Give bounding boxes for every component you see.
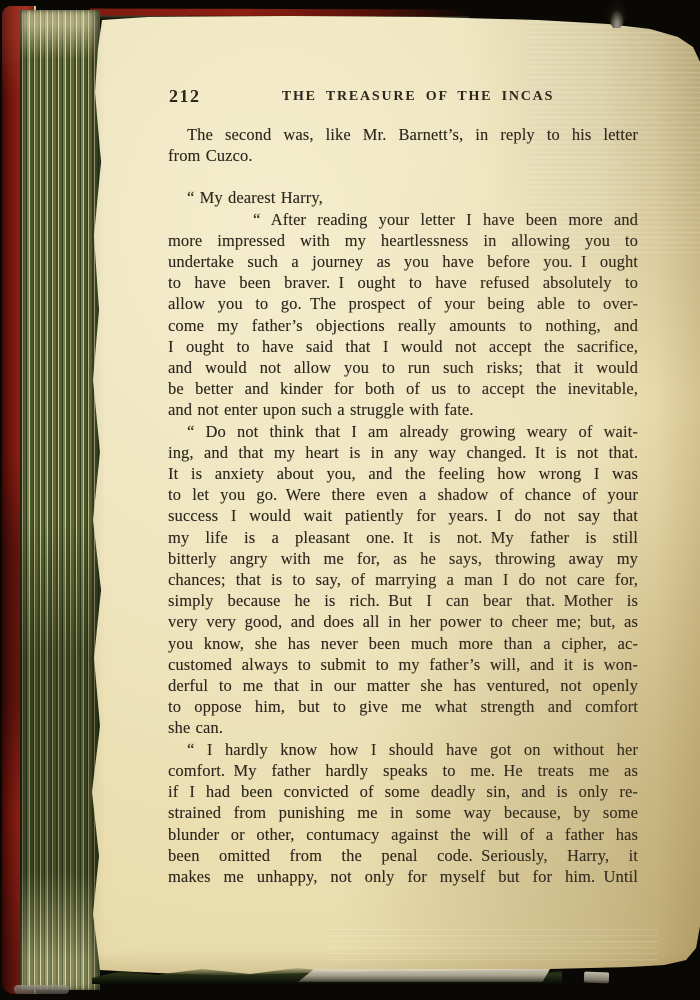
text-line: customed always to submit to my father’s…	[168, 654, 638, 675]
text-line: you know, she has never been much more t…	[168, 633, 638, 654]
book-cradle-foot	[14, 985, 69, 994]
text-line: been omitted from the penal code. Seriou…	[168, 845, 638, 866]
text-line: “ I hardly know how I should have got on…	[168, 739, 638, 760]
text-line: and would not allow you to run such risk…	[168, 357, 638, 378]
text-line: she can.	[168, 717, 638, 738]
book-page-edges	[20, 10, 100, 990]
text-line: simply because he is rich. But I can bea…	[168, 590, 638, 611]
text-line: more impressed with my heartlessness in …	[168, 230, 638, 251]
paragraph: “ After reading your letter I have been …	[168, 209, 638, 421]
text-line: comfort. My father hardly speaks to me. …	[168, 760, 638, 781]
text-line: to have been braver. I ought to have ref…	[168, 272, 638, 293]
paragraph: “ I hardly know how I should have got on…	[168, 739, 638, 887]
text-line: success I would wait patiently for years…	[168, 505, 638, 526]
page-content: 212 THE TREASURE OF THE INCAS The second…	[168, 86, 638, 887]
paragraph: “ Do not think that I am already growing…	[168, 421, 638, 739]
text-line: my life is a pleasant one. It is not. My…	[168, 527, 638, 548]
book-clamp	[605, 0, 629, 28]
text-line: be better and kinder for both of us to a…	[168, 378, 638, 399]
text-line: “ My dearest Harry,	[168, 187, 638, 208]
running-title: THE TREASURE OF THE INCAS	[168, 86, 638, 105]
book-photo: 212 THE TREASURE OF THE INCAS The second…	[0, 0, 700, 1000]
text-line: strained from punishing me in some way b…	[168, 802, 638, 823]
scan-streak-texture	[328, 929, 658, 963]
book-cradle-nub	[584, 972, 609, 984]
text-line: allow you to go. The prospect of your be…	[168, 293, 638, 314]
text-line: “ After reading your letter I have been …	[168, 209, 638, 230]
text-line: blunder or other, contumacy against the …	[168, 824, 638, 845]
text-line: The second was, like Mr. Barnett’s, in r…	[168, 124, 638, 145]
paragraph: The second was, like Mr. Barnett’s, in r…	[168, 124, 638, 166]
text-line: ing, and that my heart is in any way cha…	[168, 442, 638, 463]
text-line: It is anxiety about you, and the feeling…	[168, 463, 638, 484]
page-header: 212 THE TREASURE OF THE INCAS	[168, 86, 638, 108]
text-line: very very good, and does all in her powe…	[168, 611, 638, 632]
text-line: undertake such a journey as you have bef…	[168, 251, 638, 272]
text-line: makes me unhappy, not only for myself bu…	[168, 866, 638, 887]
book-cradle-bar	[298, 969, 550, 982]
text-line: if I had been convicted of some deadly s…	[168, 781, 638, 802]
text-line: and not enter upon such a struggle with …	[168, 399, 638, 420]
book-cover-top-edge	[90, 9, 470, 17]
text-line: to oppose him, but to give me what stren…	[168, 696, 638, 717]
book-page: 212 THE TREASURE OF THE INCAS The second…	[88, 14, 700, 978]
text-line: derful to me that in our matter she has …	[168, 675, 638, 696]
text-block: The second was, like Mr. Barnett’s, in r…	[168, 124, 638, 887]
text-line: come my father’s objections really amoun…	[168, 315, 638, 336]
paragraph: “ My dearest Harry,	[168, 187, 638, 208]
text-line: to let you go. Were there even a shadow …	[168, 484, 638, 505]
text-line: I ought to have said that I would not ac…	[168, 336, 638, 357]
text-line: bitterly angry with me for, as he says, …	[168, 548, 638, 569]
text-line: chances; that is to say, of marrying a m…	[168, 569, 638, 590]
text-line: “ Do not think that I am already growing…	[168, 421, 638, 442]
text-line: from Cuzco.	[168, 145, 638, 166]
page-number: 212	[169, 86, 201, 106]
